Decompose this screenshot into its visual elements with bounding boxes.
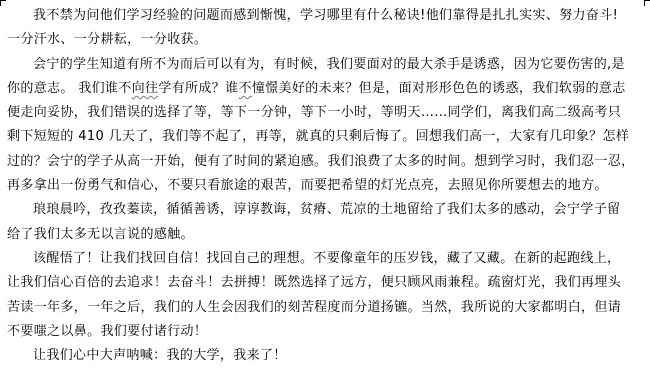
text-segment: 憧憬美好的未来？但是，面对形形色色的诱惑，我们软弱的意志	[252, 81, 626, 96]
text-segment: 学有所成？谁	[158, 81, 238, 96]
spellcheck-underlined-word[interactable]: 向往	[132, 81, 159, 96]
text-line: 一分汗水、一分耕耘，一分收获。	[7, 28, 643, 52]
text-line: 该醒悟了！让我们找回自信！找回自己的理想。不要像童年的压岁钱，藏了又藏。在新的起…	[7, 247, 643, 271]
corner-crop-mark-top-right-vertical	[644, 0, 645, 6]
text-line: 我不禁为问他们学习经验的问题而感到惭愧，学习哪里有什么秘诀!他们靠得是扎扎实实、…	[7, 4, 643, 28]
text-line: 让我们信心百倍的去追求！去奋斗！去拼搏！既然选择了远方，便只顾风雨兼程。疏窗灯光…	[7, 271, 643, 295]
paragraph-1: 我不禁为问他们学习经验的问题而感到惭愧，学习哪里有什么秘诀!他们靠得是扎扎实实、…	[7, 4, 643, 53]
text-line: 给了我们太多无以言说的感触。	[7, 223, 643, 247]
text-line: 不要嗤之以鼻。我们要付诸行动！	[7, 320, 643, 344]
text-segment: 你的意志。 我们谁不	[7, 81, 132, 96]
paragraph-3: 琅琅晨吟，孜孜蓁读，循循善诱，谆谆教诲，贫瘠、荒凉的土地留给了我们太多的感动，会…	[7, 198, 643, 247]
text-line: 让我们心中大声呐喊：我的大学，我来了！	[7, 344, 643, 368]
text-line: 剩下短短的 410 几天了，我们等不起了，再等，就真的只剩后悔了。回想我们高一，…	[7, 125, 643, 149]
text-line: 会宁的学生知道有所不为而后可以有为，有时候，我们要面对的最大杀手是诱惑，因为它要…	[7, 53, 643, 77]
spellcheck-underlined-word[interactable]: 不	[238, 81, 251, 96]
document-body: 我不禁为问他们学习经验的问题而感到惭愧，学习哪里有什么秘诀!他们靠得是扎扎实实、…	[7, 4, 643, 368]
paragraph-2: 会宁的学生知道有所不为而后可以有为，有时候，我们要面对的最大杀手是诱惑，因为它要…	[7, 53, 643, 199]
text-line: 琅琅晨吟，孜孜蓁读，循循善诱，谆谆教诲，贫瘠、荒凉的土地留给了我们太多的感动，会…	[7, 198, 643, 222]
corner-crop-mark-top-left-vertical	[0, 0, 1, 6]
text-line: 苦读一年多，一年之后，我们的人生会因我们的刻苦程度而分道扬镳。当然，我所说的大家…	[7, 296, 643, 320]
text-line: 过的？会宁的学子从高一开始，便有了时间的紧迫感。我们浪费了太多的时间。想到学习时…	[7, 150, 643, 174]
text-line-with-spellcheck: 你的意志。 我们谁不向往学有所成？谁不憧憬美好的未来？但是，面对形形色色的诱惑，…	[7, 77, 643, 101]
paragraph-5: 让我们心中大声呐喊：我的大学，我来了！	[7, 344, 643, 368]
text-line: 便走向妥协，我们错误的选择了等，等下一分钟，等下一小时，等明天……同学们，离我们…	[7, 101, 643, 125]
text-line: 再多拿出一份勇气和信心，不要只看旅途的艰苦，而要把希望的灯光点亮，去照见你所要想…	[7, 174, 643, 198]
paragraph-4: 该醒悟了！让我们找回自信！找回自己的理想。不要像童年的压岁钱，藏了又藏。在新的起…	[7, 247, 643, 344]
